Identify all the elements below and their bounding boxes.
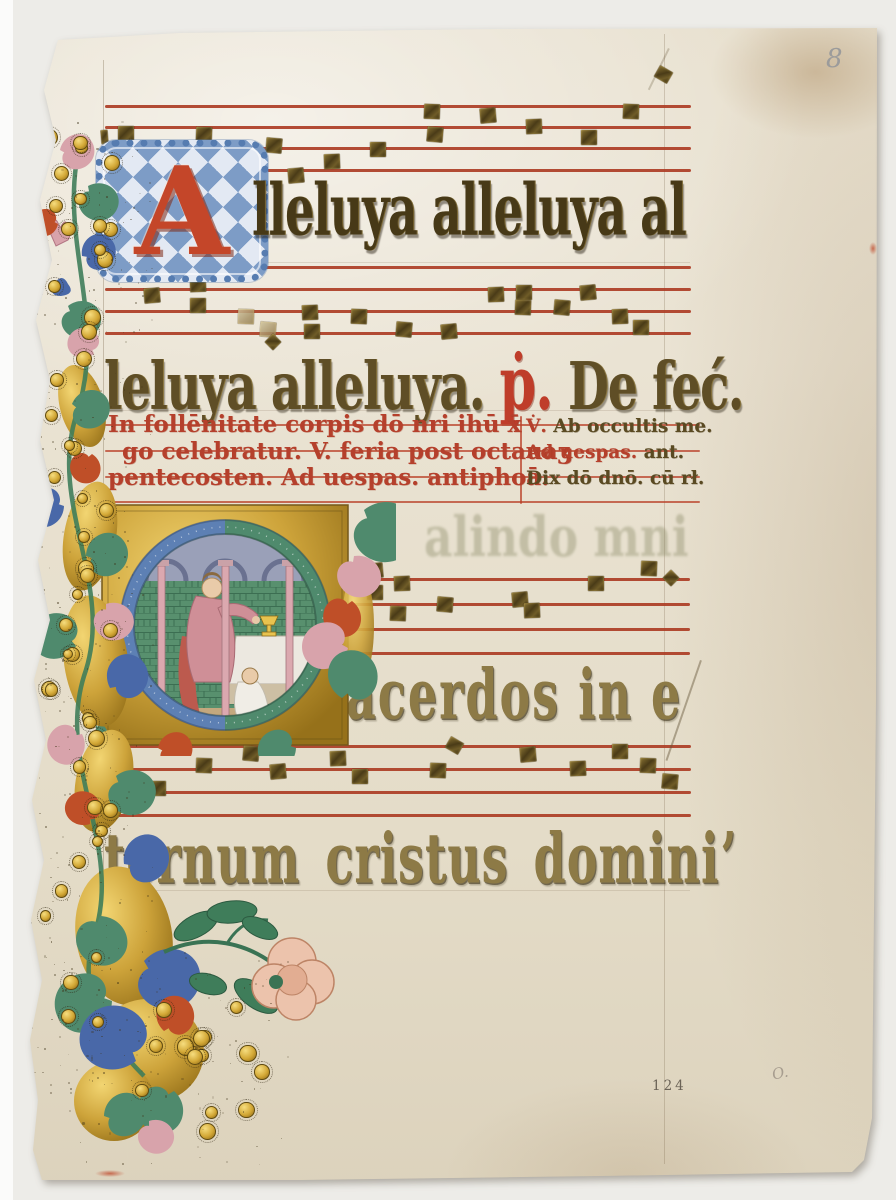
ink-speckle: [254, 1088, 256, 1090]
ink-speckle: [37, 1047, 39, 1049]
ink-speckle: [198, 1093, 199, 1094]
ink-speckle: [52, 901, 53, 902]
ink-speckle: [127, 605, 129, 607]
ink-speckle: [42, 1072, 43, 1073]
ink-speckle: [208, 997, 210, 999]
ink-speckle: [49, 146, 51, 148]
ink-speckle: [50, 1084, 52, 1086]
chant-line-3: acerdos in e: [346, 654, 682, 735]
ink-speckle: [165, 1095, 167, 1097]
ink-speckle: [43, 742, 44, 743]
ink-speckle: [159, 988, 160, 989]
ink-speckle: [48, 245, 49, 246]
ink-speckle: [122, 378, 123, 379]
square-neume: [633, 320, 649, 335]
photograph-of-manuscript-leaf: { "artifact": { "type": "Manuscript leaf…: [0, 0, 896, 1200]
ink-speckle: [96, 148, 98, 150]
chant-line-1: lleluya alleluya al: [252, 168, 685, 252]
ink-speckle: [60, 274, 61, 275]
ink-speckle: [33, 331, 34, 332]
ink-speckle: [149, 182, 151, 184]
ink-speckle: [255, 983, 257, 985]
ink-speckle: [77, 1028, 79, 1030]
gold-bezant: [74, 193, 86, 205]
ink-speckle: [103, 1002, 104, 1003]
ink-speckle: [97, 1077, 99, 1079]
ink-speckle: [76, 1069, 78, 1071]
ink-speckle: [140, 1032, 141, 1033]
staff-line: [352, 628, 690, 631]
ink-speckle: [85, 775, 87, 777]
ink-speckle: [54, 323, 56, 325]
ink-speckle: [91, 1059, 93, 1061]
ink-speckle: [142, 951, 143, 952]
ink-speckle: [99, 871, 101, 873]
ink-speckle: [91, 1031, 93, 1033]
gold-bezant: [48, 280, 61, 293]
ink-speckle: [118, 738, 120, 740]
gold-bezant: [40, 910, 51, 921]
ink-speckle: [117, 982, 119, 984]
ink-speckle: [98, 830, 99, 831]
gold-bezant: [84, 309, 100, 325]
ink-speckle: [126, 1019, 128, 1021]
catalog-number: 124: [652, 1078, 687, 1094]
square-neume: [370, 142, 386, 157]
square-neume: [579, 284, 596, 300]
rubric-right-line-2: Ad uespas. ant.: [526, 440, 713, 466]
ink-speckle: [124, 556, 126, 558]
red-edge-tick: [869, 242, 877, 255]
ink-speckle: [63, 701, 65, 703]
ink-speckle: [57, 602, 58, 603]
ink-speckle: [57, 264, 59, 266]
ink-speckle: [89, 1040, 90, 1041]
gold-bezant: [49, 199, 63, 213]
ink-speckle: [241, 1081, 242, 1082]
ink-speckle: [31, 742, 33, 744]
gold-bezant: [50, 373, 64, 387]
ink-speckle: [74, 526, 76, 528]
ink-speckle: [209, 973, 211, 975]
rubric-right-line-3: Dix dō dnō. cū rł.: [526, 466, 713, 492]
ink-speckle: [128, 426, 130, 428]
ink-speckle: [99, 645, 100, 646]
staff-line: [105, 105, 691, 108]
square-neume: [479, 107, 496, 123]
ink-speckle: [92, 1072, 94, 1074]
ink-speckle: [185, 957, 187, 959]
ink-speckle: [197, 1146, 199, 1148]
ink-speckle: [93, 289, 95, 291]
collector-mark: O.: [770, 1063, 790, 1084]
ink-speckle: [50, 858, 51, 859]
ink-speckle: [243, 1111, 244, 1112]
ink-speckle: [106, 937, 107, 938]
ink-speckle: [123, 332, 124, 333]
gold-bezant: [135, 1084, 149, 1098]
ink-speckle: [120, 382, 121, 383]
gold-bezant: [77, 493, 88, 504]
ink-speckle: [128, 791, 130, 793]
gold-bezant: [73, 760, 86, 773]
gold-bezant: [83, 716, 97, 730]
ink-speckle: [70, 1088, 71, 1089]
ink-speckle: [129, 138, 131, 140]
square-neume: [524, 603, 541, 619]
square-neume: [424, 104, 441, 120]
ink-speckle: [71, 207, 73, 209]
ink-speckle: [66, 649, 68, 651]
square-neume: [430, 763, 447, 779]
ink-speckle: [132, 814, 134, 816]
gold-bezant: [78, 531, 90, 543]
square-neume: [440, 323, 457, 339]
ink-speckle: [38, 542, 39, 543]
ink-speckle: [69, 793, 71, 795]
ink-speckle: [105, 246, 107, 248]
parchment-leaf: A lleluya alleluya al leluya alleluya. ṗ…: [0, 0, 896, 1200]
ink-speckle: [121, 121, 123, 123]
square-neume: [661, 773, 678, 789]
square-neume: [352, 769, 368, 784]
show-through-ghost-text: alindo mni: [424, 506, 689, 570]
red-pigment-smudge: [95, 1170, 125, 1177]
ink-speckle: [71, 968, 73, 970]
ink-speckle: [89, 290, 90, 291]
ink-speckle: [133, 207, 135, 209]
rubric-right-block: V̇. Ab occultis me. Ad uespas. ant. Dix …: [526, 414, 713, 492]
ink-speckle: [54, 974, 56, 976]
ink-speckle: [184, 952, 186, 954]
gold-bezant: [239, 1045, 257, 1063]
ink-speckle: [126, 566, 127, 567]
gold-bezant: [41, 129, 58, 146]
ink-speckle: [52, 441, 54, 443]
ink-speckle: [45, 663, 47, 665]
square-neume: [351, 309, 368, 325]
ink-speckle: [51, 941, 52, 942]
ink-speckle: [63, 970, 64, 971]
ink-speckle: [33, 239, 35, 241]
ink-speckle: [41, 293, 43, 295]
ink-speckle: [88, 258, 90, 260]
ink-speckle: [281, 1138, 282, 1139]
square-neume: [612, 309, 629, 325]
ink-speckle: [139, 193, 140, 194]
square-neume: [436, 596, 453, 612]
gold-bezant: [73, 136, 87, 150]
ink-speckle: [86, 770, 88, 772]
ink-speckle: [89, 731, 90, 732]
ink-speckle: [138, 1040, 139, 1041]
ink-speckle: [59, 710, 61, 712]
ink-speckle: [96, 490, 97, 491]
ink-speckle: [101, 970, 102, 971]
gold-bezant: [199, 1123, 216, 1140]
ink-speckle: [111, 594, 113, 596]
ink-speckle: [125, 341, 127, 343]
ink-speckle: [36, 313, 38, 315]
square-neume: [640, 758, 657, 774]
ink-speckle: [30, 820, 31, 821]
ink-speckle: [287, 1056, 289, 1058]
gold-bezant: [230, 1001, 243, 1014]
square-neume: [519, 746, 536, 762]
ink-speckle: [30, 447, 32, 449]
ink-speckle: [126, 797, 127, 798]
ink-speckle: [44, 314, 46, 316]
ink-speckle: [31, 1027, 33, 1029]
gold-bezant: [61, 222, 75, 236]
brown-bud: [37, 259, 48, 270]
ink-speckle: [100, 390, 102, 392]
ink-speckle: [141, 386, 143, 388]
ink-speckle: [226, 1161, 228, 1163]
square-neume: [394, 576, 411, 592]
ink-speckle: [36, 514, 37, 515]
ink-speckle: [93, 551, 95, 553]
gold-bezant: [81, 324, 97, 340]
ink-speckle: [33, 513, 35, 515]
ink-speckle: [76, 383, 78, 385]
ink-speckle: [80, 928, 82, 930]
rose-flower-spray: [148, 892, 383, 1062]
ink-speckle: [39, 777, 40, 778]
ink-speckle: [42, 268, 43, 269]
ink-speckle: [98, 1123, 100, 1125]
ink-speckle: [59, 1036, 61, 1038]
ink-speckle: [212, 1096, 214, 1098]
ink-speckle: [195, 978, 197, 980]
ink-speckle: [152, 867, 153, 868]
ink-speckle: [181, 1078, 183, 1080]
ink-speckle: [145, 1025, 146, 1026]
ink-speckle: [62, 836, 64, 838]
gold-bezant: [64, 440, 75, 451]
ink-speckle: [98, 989, 100, 991]
ink-speckle: [138, 282, 139, 283]
ink-speckle: [104, 153, 106, 155]
ink-speckle: [106, 925, 107, 926]
square-neume: [324, 154, 341, 170]
ink-speckle: [50, 1092, 52, 1094]
gold-bezant: [254, 1064, 270, 1080]
ink-speckle: [157, 1073, 159, 1075]
square-neume: [516, 285, 532, 300]
ink-speckle: [124, 531, 126, 533]
ink-speckle: [118, 577, 120, 579]
ink-speckle: [61, 169, 63, 171]
ink-speckle: [140, 977, 142, 979]
gold-bezant: [187, 1049, 203, 1065]
ink-speckle: [229, 1044, 231, 1046]
ink-speckle: [94, 384, 95, 385]
ink-speckle: [143, 459, 144, 460]
ink-speckle: [85, 349, 87, 351]
ink-speckle: [110, 209, 111, 210]
ink-speckle: [106, 196, 108, 198]
square-neume: [515, 300, 532, 316]
ink-speckle: [217, 1036, 218, 1037]
diamond-neume: [445, 736, 464, 755]
ink-speckle: [133, 331, 135, 333]
ink-speckle: [64, 181, 65, 182]
ink-speckle: [95, 643, 97, 645]
gold-bezant: [238, 1102, 254, 1118]
square-neume: [395, 321, 412, 337]
ink-speckle: [50, 684, 52, 686]
ink-speckle: [35, 169, 36, 170]
ink-speckle: [270, 1003, 271, 1004]
ink-speckle: [103, 1017, 105, 1019]
gold-bezant: [156, 1002, 172, 1018]
ink-speckle: [149, 201, 150, 202]
square-neume: [302, 305, 319, 321]
square-neume: [488, 287, 505, 303]
diamond-neume: [663, 570, 680, 587]
gold-bezant: [88, 730, 105, 747]
ink-speckle: [46, 519, 47, 520]
ink-speckle: [97, 853, 98, 854]
ink-speckle: [70, 1092, 72, 1094]
square-neume: [553, 299, 570, 315]
ink-speckle: [287, 961, 289, 963]
leaf-shadow-wrap: A lleluya alleluya al leluya alleluya. ṗ…: [0, 0, 896, 1200]
ink-speckle: [73, 626, 75, 628]
folio-number: 8: [826, 44, 843, 74]
ink-speckle: [62, 531, 64, 533]
gold-bezant: [87, 800, 102, 815]
ink-speckle: [65, 297, 67, 299]
ink-speckle: [156, 991, 157, 992]
ink-speckle: [68, 1082, 70, 1084]
ink-speckle: [79, 895, 80, 896]
ink-speckle: [129, 392, 130, 393]
square-neume: [581, 130, 597, 145]
ink-speckle: [41, 585, 42, 586]
ink-speckle: [148, 960, 150, 962]
ink-speckle: [91, 1057, 93, 1059]
gold-bezant: [99, 503, 114, 518]
ink-speckle: [34, 1094, 36, 1096]
ink-speckle: [93, 816, 95, 818]
ink-speckle: [46, 468, 47, 469]
ink-speckle: [54, 964, 55, 965]
gold-bezant: [92, 1016, 104, 1028]
ink-speckle: [43, 593, 45, 595]
ink-speckle: [32, 684, 34, 686]
ink-speckle: [226, 1098, 228, 1100]
rubric-right-line-1: V̇. Ab occultis me.: [526, 414, 713, 440]
ink-speckle: [50, 503, 52, 505]
ink-speckle: [131, 1100, 132, 1101]
ink-speckle: [132, 574, 133, 575]
ink-speckle: [222, 1112, 224, 1114]
ink-speckle: [125, 466, 127, 468]
ink-speckle: [68, 515, 70, 517]
ink-speckle: [142, 295, 144, 297]
ink-speckle: [35, 550, 37, 552]
ink-speckle: [66, 660, 68, 662]
ink-speckle: [65, 989, 67, 991]
square-neume: [612, 744, 628, 759]
ink-speckle: [103, 1072, 104, 1073]
ink-speckle: [92, 417, 93, 418]
ink-speckle: [131, 593, 132, 594]
ink-speckle: [51, 1019, 52, 1020]
square-neume: [588, 576, 604, 591]
ink-speckle: [93, 538, 95, 540]
ink-speckle: [70, 698, 71, 699]
ink-speckle: [48, 677, 49, 678]
gold-bezant: [93, 219, 107, 233]
ink-speckle: [43, 589, 45, 591]
gold-bezant: [48, 471, 61, 484]
ink-speckle: [151, 900, 153, 902]
ink-speckle: [142, 594, 144, 596]
ink-speckle: [150, 1071, 152, 1073]
gold-bezant: [103, 803, 117, 817]
square-neume: [623, 104, 640, 120]
ink-speckle: [151, 1163, 152, 1164]
ink-speckle: [113, 715, 115, 717]
ink-speckle: [82, 1122, 84, 1124]
gold-bezant: [103, 623, 118, 638]
ink-speckle: [51, 628, 52, 629]
ink-speckle: [49, 937, 50, 938]
ink-speckle: [212, 1061, 213, 1062]
square-neume: [426, 126, 443, 142]
ink-speckle: [280, 963, 282, 965]
square-neume: [304, 324, 320, 339]
ink-speckle: [62, 1019, 64, 1021]
square-neume: [570, 761, 587, 777]
ink-speckle: [67, 736, 69, 738]
ink-speckle: [225, 1007, 227, 1009]
square-neume: [526, 119, 543, 135]
